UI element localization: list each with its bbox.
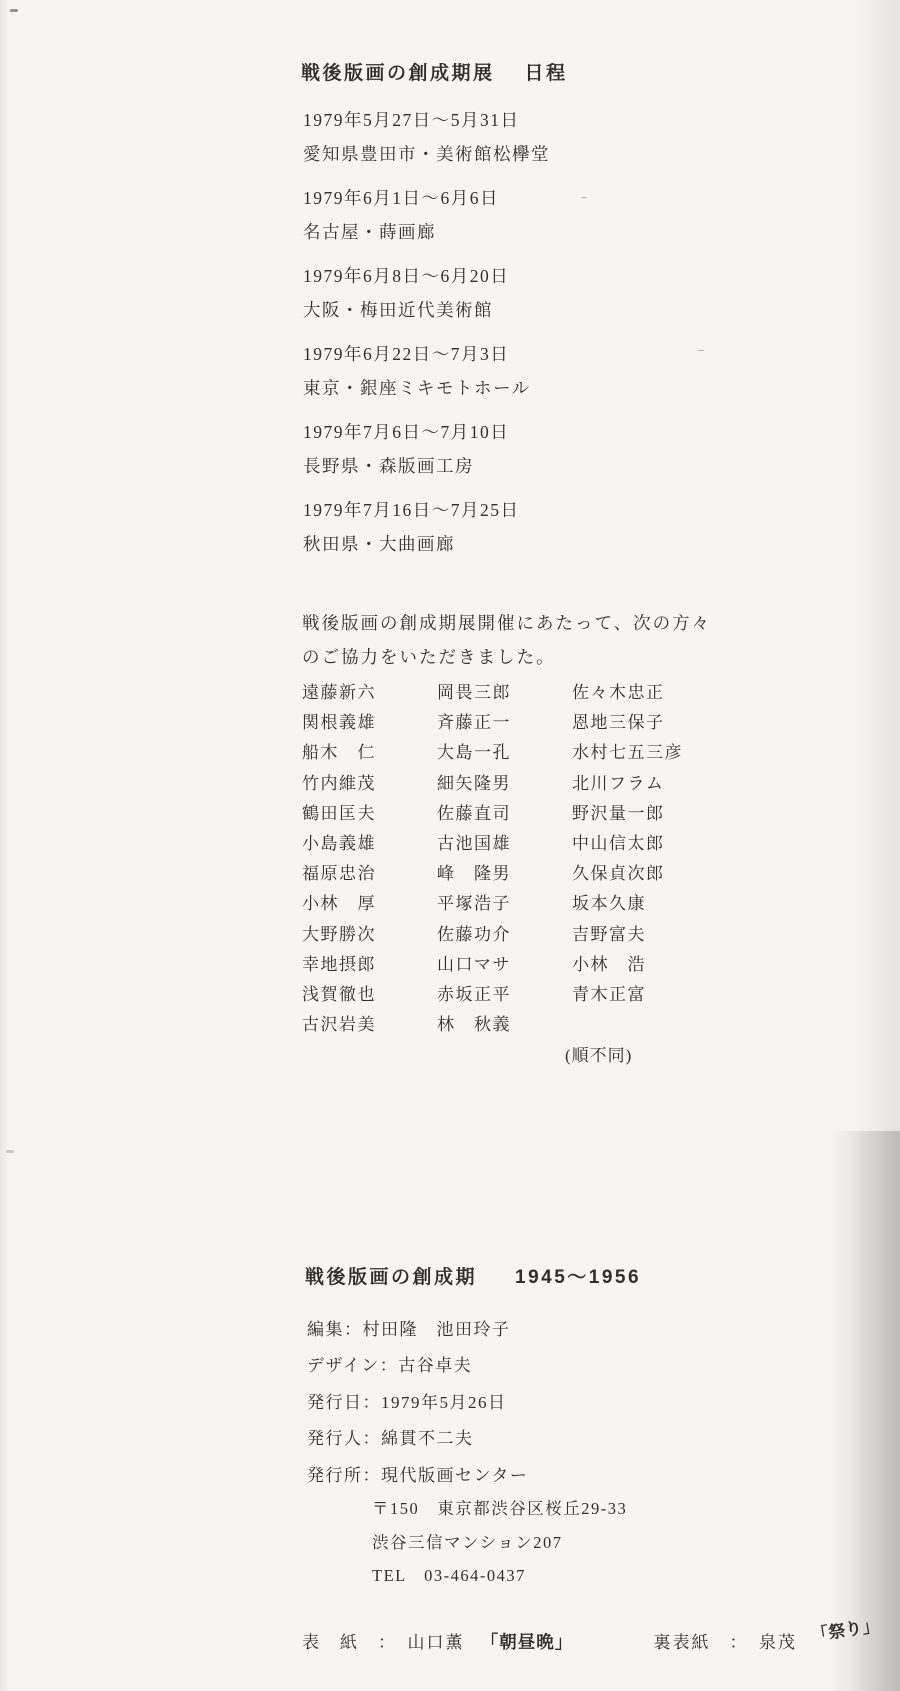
schedule-title-text: 戦後版画の創成期展 (301, 58, 495, 85)
contributor-name: 北川フラム (572, 769, 742, 799)
contributor-name: 佐藤直司 (437, 799, 572, 829)
schedule-title-suffix: 日程 (525, 58, 568, 85)
schedule-entry: 1979年6月8日～6月20日 大阪・梅田近代美術館 (303, 260, 550, 327)
acknowledgement-paragraph: 戦後版画の創成期展開催にあたって、次の方々 のご協力をいただきました。 (302, 606, 711, 674)
entry-dates: 1979年6月1日～6月6日 (303, 182, 550, 216)
schedule-entry: 1979年7月6日～7月10日 長野県・森版画工房 (303, 416, 550, 483)
contributor-name: 赤坂正平 (437, 980, 572, 1010)
contributor-name: 中山信太郎 (572, 829, 742, 859)
scanned-catalog-page: 戦後版画の創成期展 日程 1979年5月27日～5月31日 愛知県豊田市・美術館… (0, 0, 900, 1691)
address-line-phone: TEL 03-464-0437 (372, 1559, 627, 1593)
schedule-list: 1979年5月27日～5月31日 愛知県豊田市・美術館松欅堂 1979年6月1日… (303, 104, 550, 572)
contributor-name: 青木正富 (572, 980, 742, 1010)
contributor-name: 斉藤正一 (437, 708, 572, 738)
colophon-credits: 編集：村田隆 池田玲子 デザイン：古谷卓夫 発行日：1979年5月26日 発行人… (307, 1312, 528, 1494)
contributor-name: 峰 隆男 (437, 859, 572, 889)
contributor-name: 平塚浩子 (437, 889, 572, 919)
page-corner-shade (830, 1131, 900, 1691)
entry-venue: 大阪・梅田近代美術館 (303, 294, 550, 328)
colophon-line-pubdate: 発行日：1979年5月26日 (307, 1385, 528, 1421)
contributor-name: 佐々木忠正 (572, 678, 742, 708)
contributor-name: 大野勝次 (302, 920, 437, 950)
back-cover-artwork-title: 「祭り」 (810, 1611, 881, 1646)
contributor-name: 小林 厚 (302, 889, 437, 919)
entry-venue: 長野県・森版画工房 (303, 450, 550, 484)
colophon-line-designer: デザイン：古谷卓夫 (307, 1348, 528, 1384)
entry-dates: 1979年7月16日～7月25日 (303, 494, 550, 528)
contributor-name-list: 遠藤新六 岡畏三郎 佐々木忠正 関根義雄 斉藤正一 恩地三保子 船木 仁 大島一… (302, 678, 742, 1040)
colophon-title-text: 戦後版画の創成期 (305, 1262, 477, 1289)
contributor-name: 水村七五三彦 (572, 738, 742, 768)
contributor-name: 林 秋義 (437, 1010, 572, 1040)
address-line-postal: 〒150 東京都渋谷区桜丘29-33 (372, 1492, 627, 1526)
contributor-name: 関根義雄 (302, 708, 437, 738)
contributor-name: 古池国雄 (437, 829, 572, 859)
contributor-name: 坂本久康 (572, 889, 742, 919)
contributor-name: 浅賀徹也 (302, 980, 437, 1010)
address-line-building: 渋谷三信マンション207 (372, 1526, 627, 1560)
entry-dates: 1979年6月22日～7月3日 (303, 338, 550, 372)
publisher-address: 〒150 東京都渋谷区桜丘29-33 渋谷三信マンション207 TEL 03-4… (372, 1492, 627, 1593)
schedule-entry: 1979年6月1日～6月6日 名古屋・蒔画廊 (303, 182, 550, 249)
schedule-entry: 1979年5月27日～5月31日 愛知県豊田市・美術館松欅堂 (303, 104, 550, 171)
entry-dates: 1979年7月6日～7月10日 (303, 416, 550, 450)
schedule-entry: 1979年7月16日～7月25日 秋田県・大曲画廊 (303, 494, 550, 561)
contributor-name: 恩地三保子 (572, 708, 742, 738)
entry-dates: 1979年6月8日～6月20日 (303, 260, 550, 294)
entry-venue: 名古屋・蒔画廊 (303, 216, 550, 250)
acknowledgement-line: 戦後版画の創成期展開催にあたって、次の方々 (302, 606, 711, 640)
contributor-name: 久保貞次郎 (572, 859, 742, 889)
contributor-name: 山口マサ (437, 950, 572, 980)
colophon-line-editor: 編集：村田隆 池田玲子 (307, 1312, 528, 1348)
back-cover-label: 裏表紙 ： 泉茂 (654, 1633, 798, 1652)
contributor-name: 細矢隆男 (437, 769, 572, 799)
schedule-section-title: 戦後版画の創成期展 日程 (301, 58, 568, 85)
entry-venue: 東京・銀座ミキモトホール (303, 372, 550, 406)
front-cover-label: 表 紙 ： 山口薫 (302, 1633, 465, 1652)
contributor-name: 小島義雄 (302, 829, 437, 859)
scan-dust (10, 9, 18, 12)
contributor-name: 岡畏三郎 (437, 678, 572, 708)
contributor-name: 船木 仁 (302, 738, 437, 768)
contributor-name: 吉野富夫 (572, 920, 742, 950)
contributor-name: 竹内維茂 (302, 769, 437, 799)
contributor-name: 野沢量一郎 (572, 799, 742, 829)
colophon-title: 戦後版画の創成期 1945～1956 (305, 1262, 641, 1289)
colophon-title-years: 1945～1956 (515, 1262, 641, 1289)
contributor-name: 古沢岩美 (302, 1010, 437, 1040)
colophon-line-pubhouse: 発行所：現代版画センター (307, 1458, 528, 1494)
cover-credits: 表 紙 ： 山口薫 「朝昼晩」 裏表紙 ： 泉茂 「祭り」 (302, 1628, 879, 1654)
page-left-edge-shade (0, 0, 8, 1691)
acknowledgement-line: のご協力をいただきました。 (302, 640, 711, 674)
contributor-name: 佐藤功介 (437, 920, 572, 950)
entry-venue: 秋田県・大曲画廊 (303, 528, 550, 562)
page-right-edge-shade (854, 0, 900, 1691)
entry-dates: 1979年5月27日～5月31日 (303, 104, 550, 138)
schedule-entry: 1979年6月22日～7月3日 東京・銀座ミキモトホール (303, 338, 550, 405)
colophon-line-publisher: 発行人：綿貫不二夫 (307, 1421, 528, 1457)
contributor-name: 遠藤新六 (302, 678, 437, 708)
contributor-name: 鶴田匡夫 (302, 799, 437, 829)
contributor-name: 福原忠治 (302, 859, 437, 889)
contributor-name: 小林 浩 (572, 950, 742, 980)
front-cover-artwork-title: 「朝昼晩」 (481, 1632, 574, 1652)
contributor-name (572, 1010, 742, 1040)
order-note: (順不同) (565, 1041, 632, 1066)
contributor-name: 幸地摂郎 (302, 950, 437, 980)
contributor-name: 大島一孔 (437, 738, 572, 768)
entry-venue: 愛知県豊田市・美術館松欅堂 (303, 138, 550, 172)
